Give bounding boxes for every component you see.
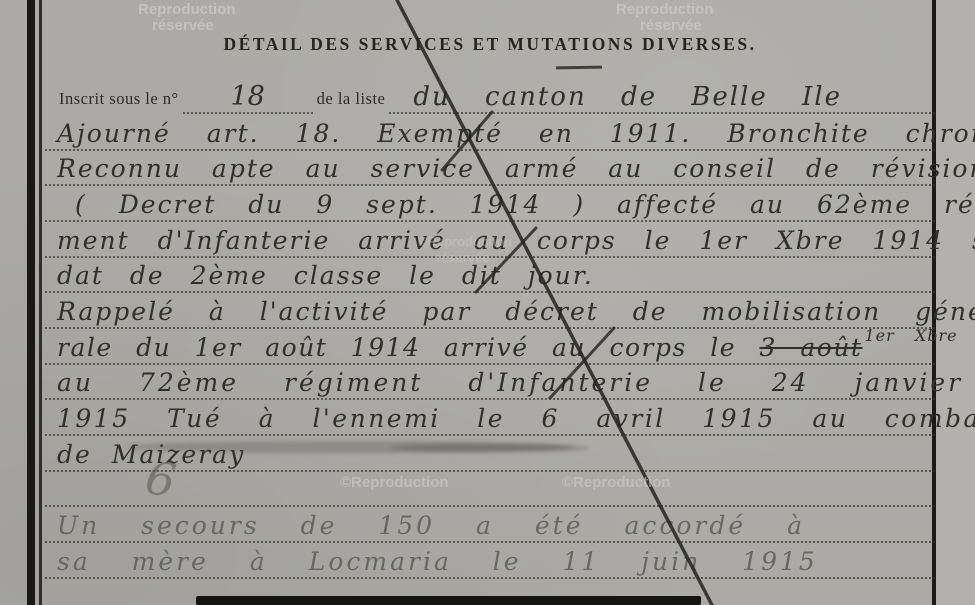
left-thin-rule	[39, 0, 42, 605]
handwriting-text: rale du 1er août 1914 arrivé au corps le	[57, 333, 760, 362]
registration-number: 18	[183, 81, 313, 114]
handwritten-list-origin: du canton de Belle Ile	[389, 82, 935, 114]
handwriting-text: dat de 2ème classe le dit jour.	[57, 261, 594, 290]
entry-line: ( Decret du 9 sept. 1914 ) affecté au 62…	[45, 184, 935, 222]
handwriting-text: 1914 passé	[960, 333, 975, 362]
scanned-register-card: Reproduction réservée Reproduction réser…	[0, 0, 975, 605]
entry-line: sa mère à Locmaria le 11 juin 1915	[45, 541, 935, 579]
handwriting-text: ( Decret du 9 sept. 1914 ) affecté au 62…	[75, 190, 975, 219]
printed-label-liste: de la liste	[313, 89, 390, 114]
register-line: Inscrit sous le n° 18 de la liste du can…	[45, 76, 935, 114]
handwriting-text: au 72ème régiment d'Infanterie le 24 jan…	[57, 368, 963, 397]
handwriting-text: Ajourné art. 18. Exempté en 1911. Bronch…	[57, 119, 975, 148]
entry-line: rale du 1er août 1914 arrivé au corps le…	[45, 327, 935, 365]
entry-line: 1915 Tué à l'ennemi le 6 avril 1915 au c…	[45, 398, 935, 436]
handwriting-text: Reconnu apte au service armé au conseil …	[57, 154, 975, 183]
entry-line: de Maizeray	[45, 434, 935, 472]
eraser-smudge	[390, 444, 590, 452]
handwriting-text: Un secours de 150 a été accordé à	[57, 511, 805, 540]
interlinear-correction: 1er Xbre	[864, 326, 957, 345]
printed-label-inscrit: Inscrit sous le n°	[45, 89, 183, 114]
handwriting-text: 1915 Tué à l'ennemi le 6 avril 1915 au c…	[57, 404, 975, 433]
handwriting-text: ment d'Infanterie arrivé au corps le 1er…	[57, 226, 975, 255]
entry-line: Ajourné art. 18. Exempté en 1911. Bronch…	[45, 113, 935, 151]
entry-line: au 72ème régiment d'Infanterie le 24 jan…	[45, 362, 935, 400]
struck-through-text: 3 août	[760, 333, 863, 362]
page-title: DÉTAIL DES SERVICES ET MUTATIONS DIVERSE…	[45, 34, 935, 55]
entry-line: Rappelé à l'activité par décret de mobil…	[45, 291, 935, 329]
watermark-text: Reproduction	[616, 1, 714, 18]
header-rule	[556, 66, 602, 70]
watermark-text: Reproduction	[138, 1, 236, 18]
scan-artifact-bar	[196, 596, 701, 605]
entry-line: Reconnu apte au service armé au conseil …	[45, 148, 935, 186]
left-thick-rule	[27, 0, 35, 605]
handwriting-text: sa mère à Locmaria le 11 juin 1915	[57, 547, 818, 576]
entry-line: dat de 2ème classe le dit jour.	[45, 255, 935, 293]
watermark-text: réservée	[152, 17, 214, 34]
handwriting-text: Rappelé à l'activité par décret de mobil…	[57, 297, 975, 326]
entry-line: Un secours de 150 a été accordé à	[45, 505, 935, 543]
entry-line	[45, 469, 935, 507]
handwriting-text-with-correction: rale du 1er août 1914 arrivé au corps le…	[57, 326, 975, 362]
watermark-text: réservée	[640, 17, 702, 34]
entry-line: ment d'Infanterie arrivé au corps le 1er…	[45, 220, 935, 258]
